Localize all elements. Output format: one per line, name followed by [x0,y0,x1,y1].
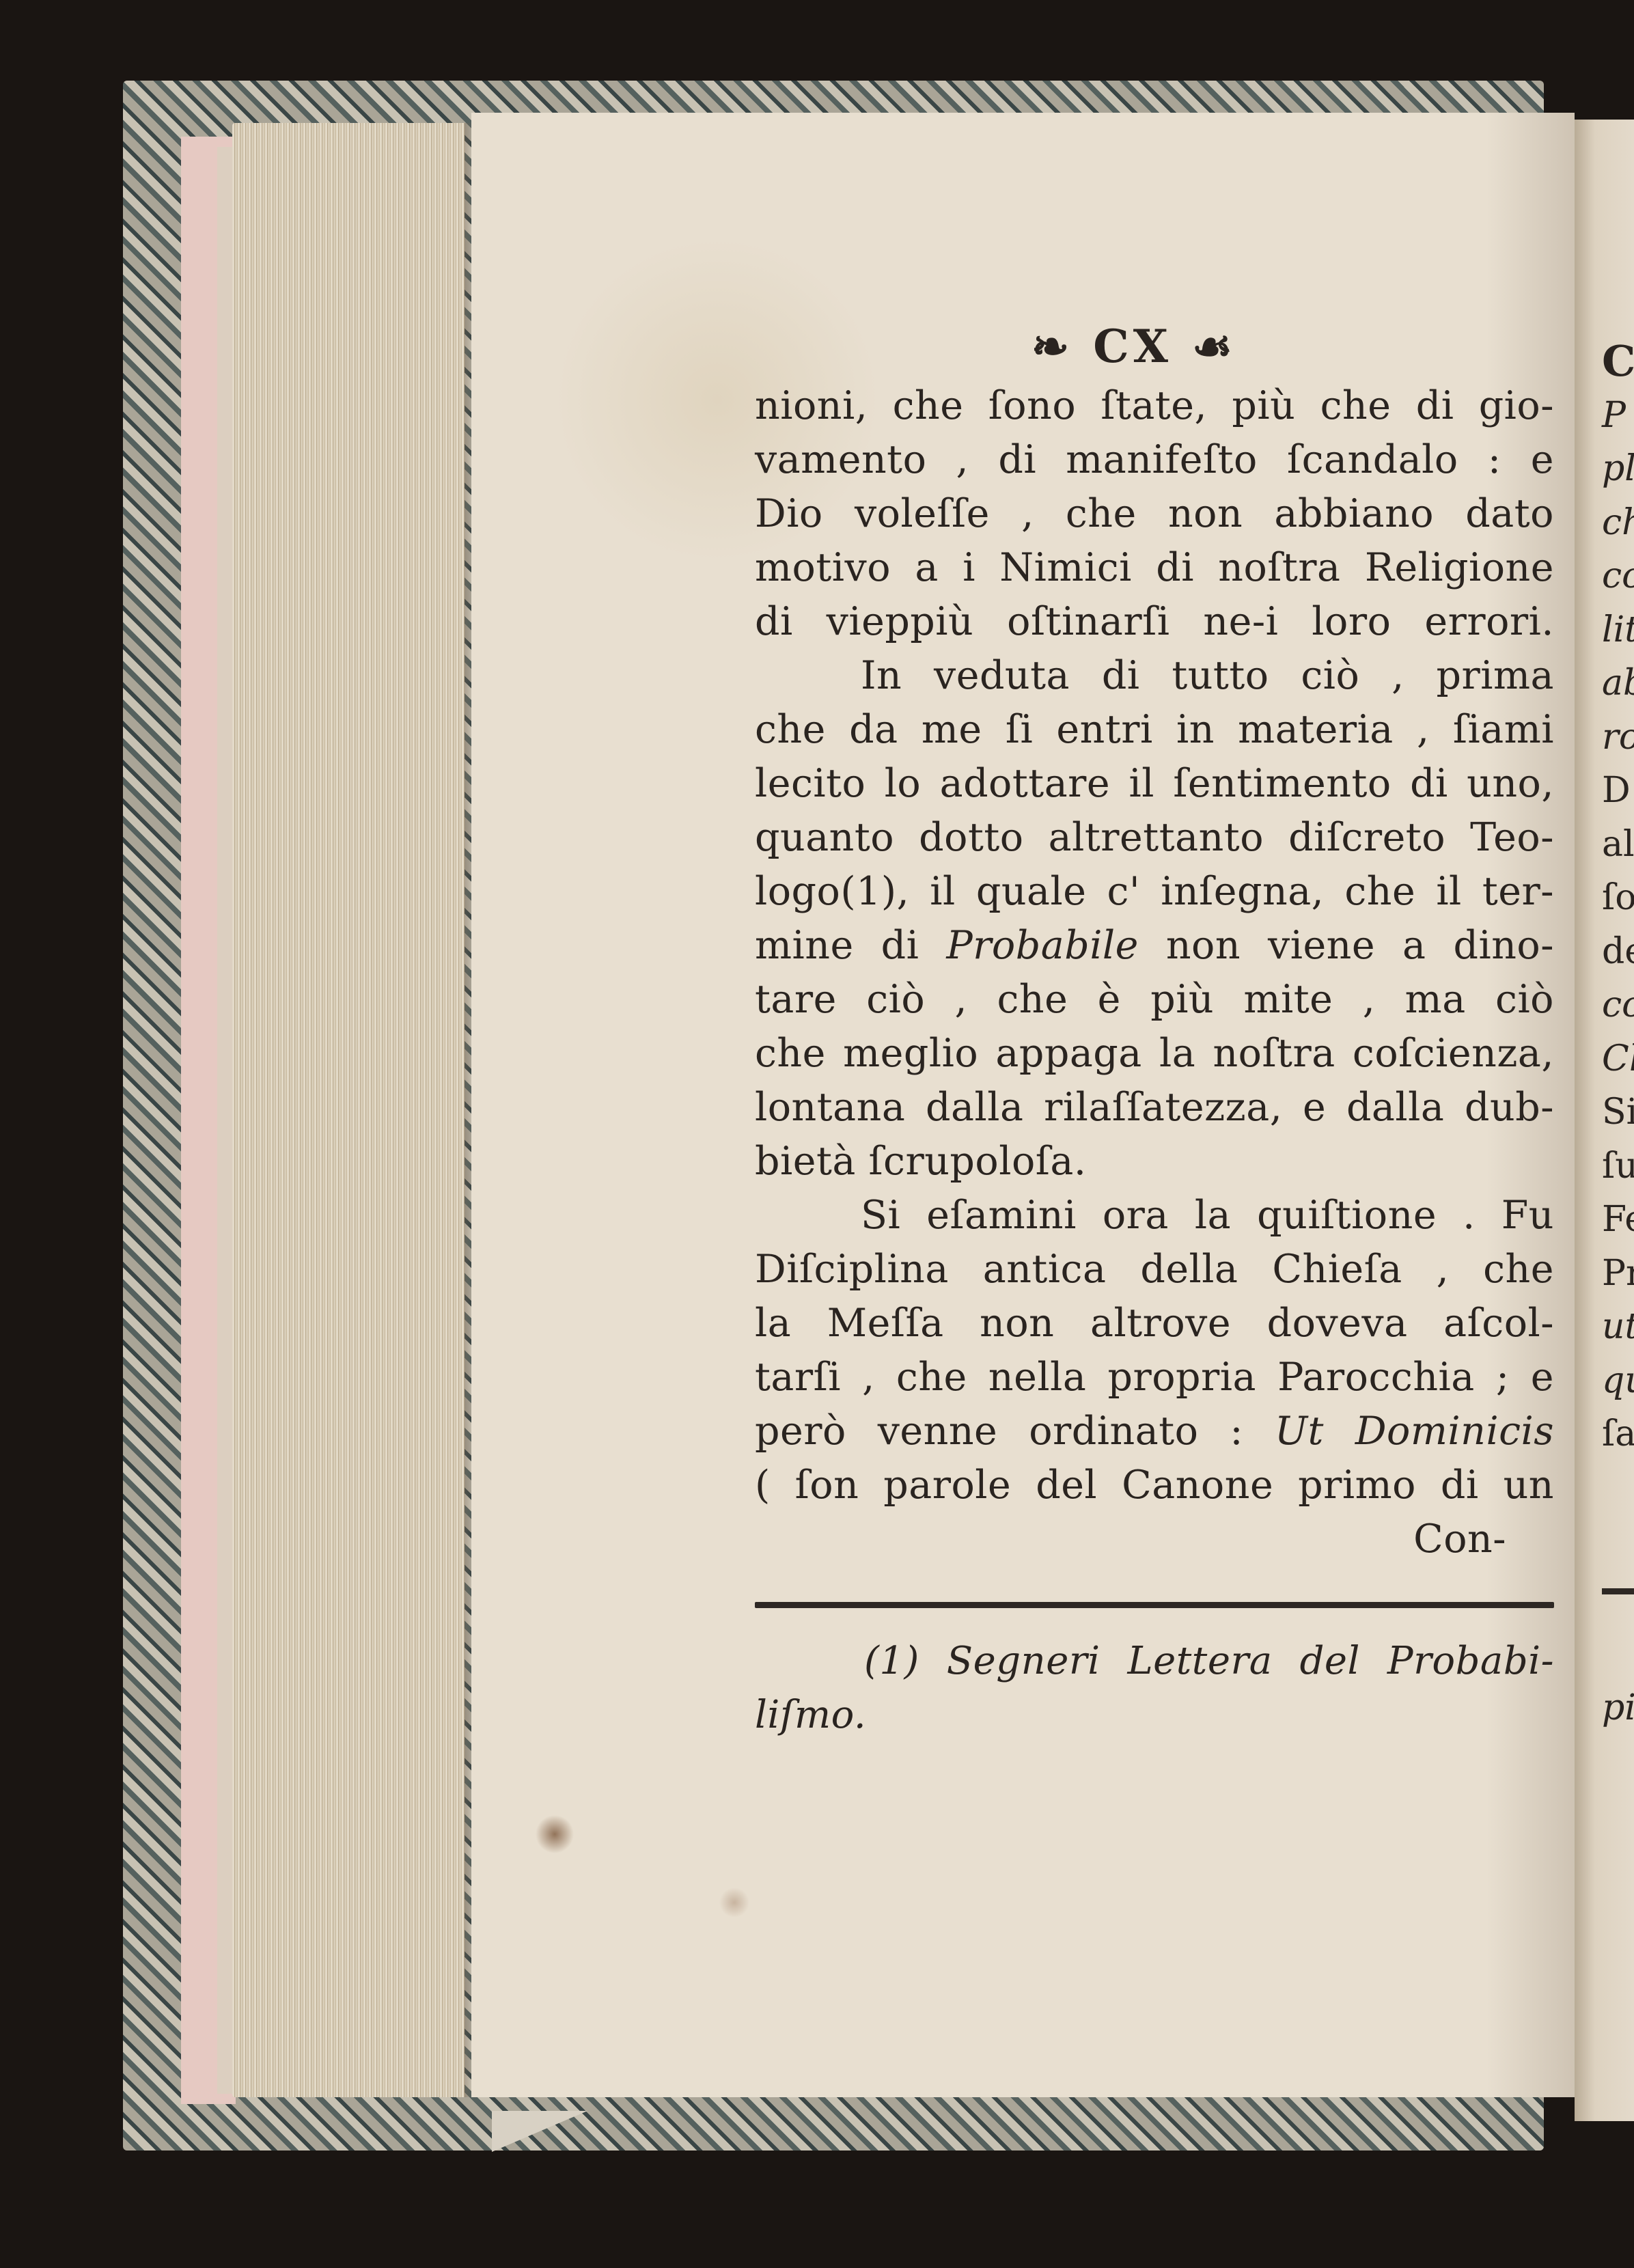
catchword: Con- [755,1512,1554,1566]
text-fragment: mine di [755,923,919,968]
text-line: tare ciò , che è più mite , ma ciò [755,973,1554,1027]
page-stack-edge [232,123,465,2097]
fragment: lit [1602,603,1634,657]
fragment: C [1602,335,1634,389]
text-line: Dio voleſſe , che non abbiano dato [755,487,1554,541]
text-line: motivo a i Nimici di noſtra Religione [755,541,1554,595]
fragment: P [1602,389,1634,443]
running-head: ❧ CX ☙ [714,320,1554,374]
text-line: nioni, che ſono ſtate, più che di gio- [755,379,1554,433]
fragment: co [1602,549,1634,603]
italic-quote: Ut Dominicis [1275,1409,1554,1454]
fragment: al [1602,818,1634,872]
facing-footnote-rule [1602,1588,1634,1594]
fragment: co [1602,978,1634,1032]
text-line: lontana dalla rilaſſatezza, e dalla dub- [755,1081,1554,1135]
fragment: Fe [1602,1193,1634,1247]
fragment: de [1602,925,1634,979]
facing-footnote-fragment: pi [1602,1687,1634,1728]
footnote: (1) Segneri Lettera del Probabi- liſmo. [755,1634,1554,1742]
torn-corner [492,2111,587,2152]
text-line: Diſciplina antica della Chieſa , che [755,1243,1554,1297]
fragment: ſu [1602,1139,1634,1193]
text-line: vamento , di manifeſto ſcandalo : e [755,433,1554,487]
footnote-line: liſmo. [755,1688,1554,1742]
fragment: Ch [1602,1032,1634,1086]
text-line: che meglio appaga la noſtra coſcienza, [755,1027,1554,1081]
text-fragment: però venne ordinato : [755,1409,1243,1454]
fragment: D [1602,764,1634,818]
fragment: ſo [1602,871,1634,925]
fragment: qu [1602,1354,1634,1408]
page-number: CX [1093,320,1172,373]
ornament-left-icon: ❧ [1031,320,1073,373]
fragment: ut [1602,1300,1634,1354]
text-line: bietà ſcrupoloſa. [755,1135,1554,1189]
footnote-rule [755,1602,1554,1608]
fragment: ro [1602,710,1634,764]
fragment: Si [1602,1085,1634,1139]
fragment: Pr [1602,1247,1634,1301]
text-line: la Meſſa non altrove doveva aſcol- [755,1297,1554,1351]
facing-page-fragments: C P pl ch co lit ab ro D al ſo de co Ch … [1602,362,1634,1461]
italic-term: Probabile [946,923,1139,968]
paragraph-start: Si eſamini ora la quiſtione . Fu [755,1189,1554,1243]
text-line: che da me ſi entri in materia , ſiami [755,703,1554,757]
text-line: tarſi , che nella propria Parocchia ; e [755,1351,1554,1405]
text-line: però venne ordinato : Ut Dominicis [755,1405,1554,1458]
fragment: ſa [1602,1407,1634,1461]
page-text: ❧ CX ☙ nioni, che ſono ſtate, più che di… [755,320,1554,1742]
text-fragment: non viene a dino- [1166,923,1554,968]
text-line: quanto dotto altrettanto diſcreto Teo- [755,811,1554,865]
paragraph-start: In veduta di tutto ciò , prima [755,649,1554,703]
footnote-line: (1) Segneri Lettera del Probabi- [755,1634,1554,1688]
fragment: ab [1602,656,1634,710]
fragment: pl [1602,442,1634,496]
text-line: mine di Probabile non viene a dino- [755,919,1554,973]
text-line: di vieppiù oſtinarſi ne-i loro errori. [755,595,1554,649]
ornament-right-icon: ☙ [1192,320,1236,373]
text-line-footnote-ref: logo(1), il quale c' inſegna, che il ter… [755,865,1554,919]
text-line: ( ſon parole del Canone primo di un [755,1458,1554,1512]
text-line: lecito lo adottare il ſentimento di uno, [755,757,1554,811]
fragment: ch [1602,496,1634,550]
